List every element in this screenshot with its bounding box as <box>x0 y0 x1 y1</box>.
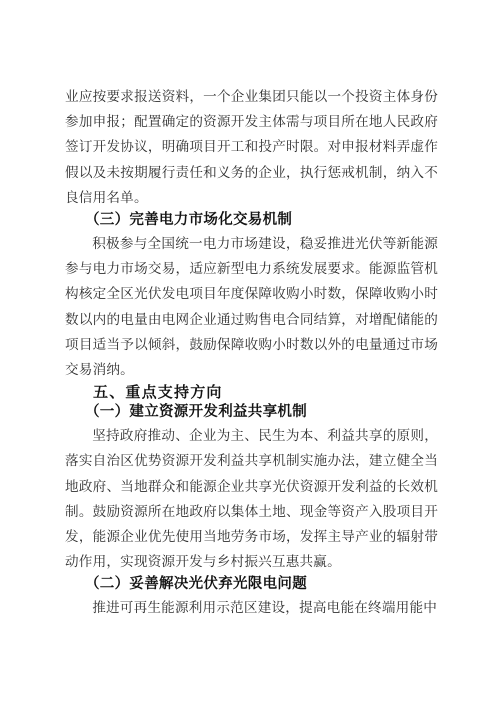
paragraph-power-market: 积极参与全国统一电力市场建设，稳妥推进光伏等新能源参与电力市场交易，适应新型电力… <box>65 231 438 382</box>
section-heading-3-power-market-trading: （三）完善电力市场化交易机制 <box>65 212 438 229</box>
section-heading-2-curtailment-problem: （二）妥善解决光伏弃光限电问题 <box>65 576 438 593</box>
paragraph-continuation: 业应按要求报送资料，一个企业集团只能以一个投资主体身份参加申报；配置确定的资源开… <box>65 84 438 210</box>
section-heading-1-benefit-sharing-mechanism: （一）建立资源开发利益共享机制 <box>65 404 438 421</box>
paragraph-benefit-sharing: 坚持政府推动、企业为主、民生为本、利益共享的原则，落实自治区优势资源开发利益共享… <box>65 423 438 574</box>
paragraph-curtailment: 推进可再生能源利用示范区建设，提高电能在终端用能中 <box>65 595 438 620</box>
document-page: 业应按要求报送资料，一个企业集团只能以一个投资主体身份参加申报；配置确定的资源开… <box>0 0 500 706</box>
chapter-heading-5-key-support-directions: 五、重点支持方向 <box>65 385 438 402</box>
